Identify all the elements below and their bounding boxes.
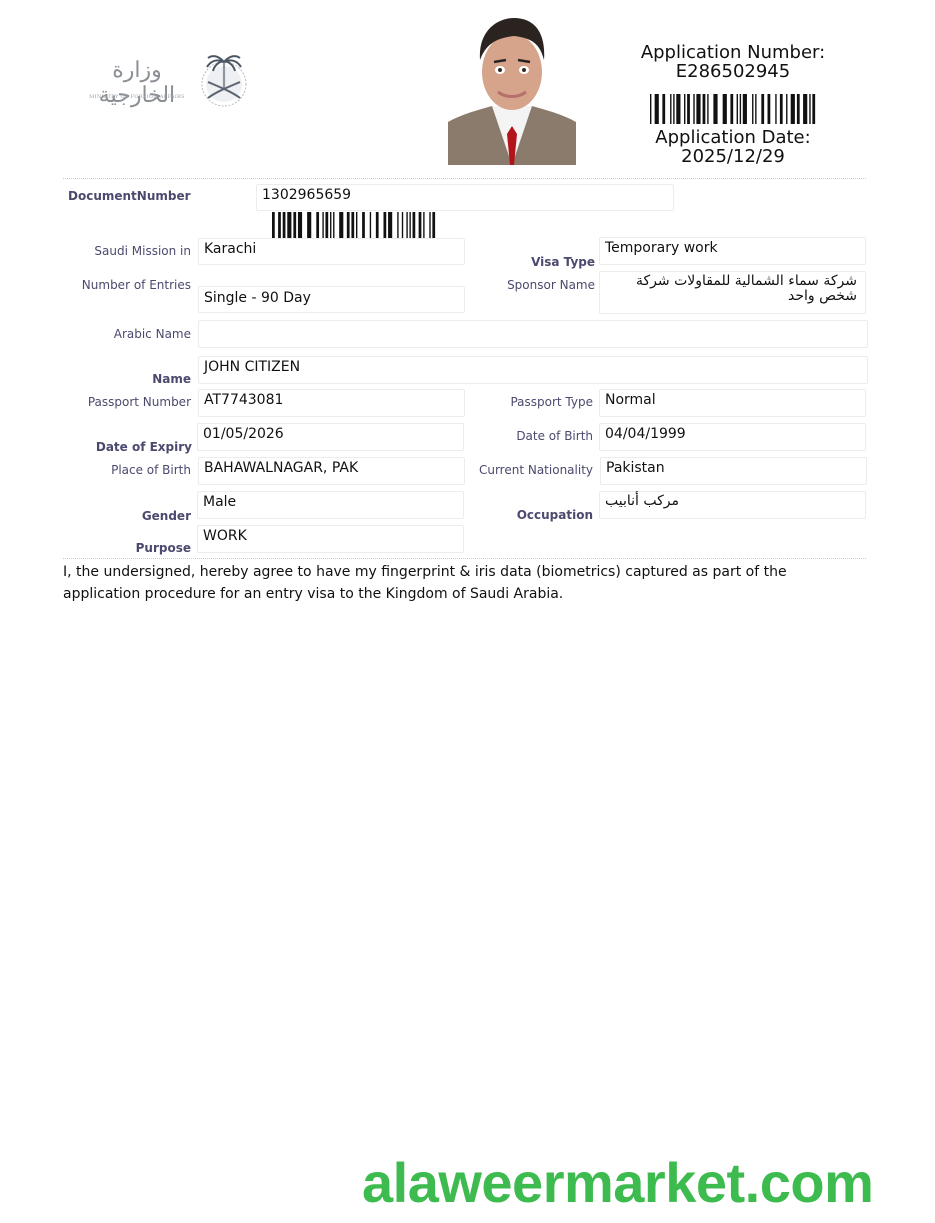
application-date-label: Application Date:	[628, 128, 838, 147]
ministry-logo: وزارة الخارجية MINISTRY OF FOREIGN AFFAI…	[84, 52, 250, 112]
visa-type-field: Temporary work	[599, 237, 866, 265]
date-of-birth-value: 04/04/1999	[600, 424, 865, 443]
bottom-divider	[63, 558, 866, 559]
document-number-value: 1302965659	[257, 185, 673, 204]
current-nationality-field: Pakistan	[600, 457, 867, 485]
application-barcode	[650, 94, 817, 124]
place-of-birth-field: BAHAWALNAGAR, PAK	[198, 457, 465, 485]
date-of-expiry-label: Date of Expiry	[60, 440, 192, 454]
document-barcode	[272, 212, 440, 238]
arabic-name-value	[199, 321, 867, 323]
name-label: Name	[70, 372, 191, 386]
saudi-mission-field: Karachi	[198, 238, 465, 265]
applicant-photo	[448, 14, 576, 165]
purpose-field: WORK	[197, 525, 464, 553]
passport-number-label: Passport Number	[60, 395, 191, 409]
sponsor-name-label: Sponsor Name	[480, 278, 595, 292]
logo-english-text: MINISTRY OF FOREIGN AFFAIRS	[84, 94, 190, 100]
saudi-mission-label: Saudi Mission in	[70, 244, 191, 258]
number-of-entries-field: Single - 90 Day	[198, 286, 465, 313]
arabic-name-field	[198, 320, 868, 348]
number-of-entries-value: Single - 90 Day	[199, 287, 464, 307]
date-of-birth-label: Date of Birth	[480, 429, 593, 443]
application-date-block: Application Date: 2025/12/29	[628, 128, 838, 166]
occupation-field: مركب أنابيب	[599, 491, 866, 519]
name-field: JOHN CITIZEN	[198, 356, 868, 384]
document-number-field: 1302965659	[256, 184, 674, 211]
purpose-value: WORK	[198, 526, 463, 545]
occupation-label: Occupation	[480, 508, 593, 522]
purpose-label: Purpose	[60, 541, 191, 555]
arabic-name-label: Arabic Name	[70, 327, 191, 341]
passport-number-value: AT7743081	[199, 390, 464, 409]
application-date: 2025/12/29	[628, 147, 838, 166]
watermark-text: alaweermarket.com	[362, 1150, 932, 1215]
passport-number-field: AT7743081	[198, 389, 465, 417]
gender-label: Gender	[60, 509, 191, 523]
top-divider	[63, 178, 866, 179]
sponsor-name-value: شركة سماء الشمالية للمقاولات شركة شخص وا…	[600, 272, 865, 304]
gender-value: Male	[198, 492, 463, 511]
place-of-birth-label: Place of Birth	[60, 463, 191, 477]
date-of-birth-field: 04/04/1999	[599, 423, 866, 451]
visa-type-value: Temporary work	[600, 238, 865, 257]
passport-type-label: Passport Type	[480, 395, 593, 409]
passport-type-field: Normal	[599, 389, 866, 417]
place-of-birth-value: BAHAWALNAGAR, PAK	[199, 458, 464, 477]
name-value: JOHN CITIZEN	[199, 357, 867, 376]
document-number-label: DocumentNumber	[68, 189, 191, 203]
biometrics-consent-text: I, the undersigned, hereby agree to have…	[63, 561, 863, 605]
current-nationality-value: Pakistan	[601, 458, 866, 477]
application-number-label: Application Number:	[628, 43, 838, 62]
date-of-expiry-value: 01/05/2026	[198, 424, 463, 443]
gender-field: Male	[197, 491, 464, 519]
palm-and-swords-emblem-icon	[196, 52, 252, 110]
visa-type-label: Visa Type	[480, 255, 595, 269]
current-nationality-label: Current Nationality	[470, 463, 593, 477]
saudi-mission-value: Karachi	[199, 239, 464, 258]
sponsor-name-field: شركة سماء الشمالية للمقاولات شركة شخص وا…	[599, 271, 866, 314]
date-of-expiry-field: 01/05/2026	[197, 423, 464, 451]
application-number: E286502945	[628, 62, 838, 81]
passport-type-value: Normal	[600, 390, 865, 409]
application-number-block: Application Number: E286502945	[628, 43, 838, 81]
number-of-entries-label: Number of Entries	[60, 278, 191, 292]
applicant-portrait-icon	[448, 14, 576, 165]
logo-arabic-text: وزارة الخارجية	[84, 58, 190, 108]
occupation-value: مركب أنابيب	[605, 492, 695, 509]
